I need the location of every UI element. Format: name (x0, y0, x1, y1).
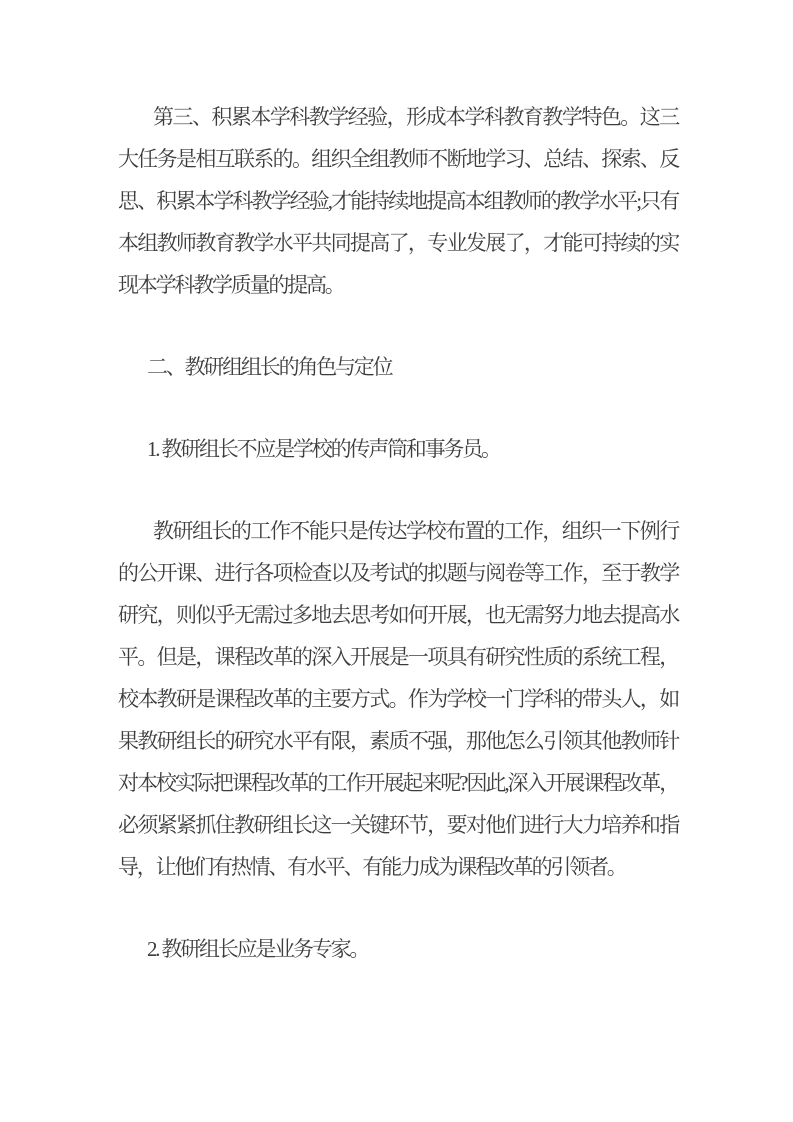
section-heading-role-and-positioning: 二、教研组组长的角色与定位 (118, 346, 678, 388)
paragraph-teaching-experience: 第三、积累本学科教学经验，形成本学科教育教学特色。这三大任务是相互联系的。组织全… (118, 96, 678, 306)
paragraph-group-leader-work: 教研组长的工作不能只是传达学校布置的工作，组织一下例行的公开课、进行各项检查以及… (118, 510, 678, 888)
list-item-1-not-a-mouthpiece: 1. 教研组长不应是学校的传声筒和事务员。 (118, 428, 678, 470)
document-page: 第三、积累本学科教学经验，形成本学科教育教学特色。这三大任务是相互联系的。组织全… (0, 0, 793, 1122)
list-item-2-business-expert: 2. 教研组长应是业务专家。 (118, 928, 678, 970)
